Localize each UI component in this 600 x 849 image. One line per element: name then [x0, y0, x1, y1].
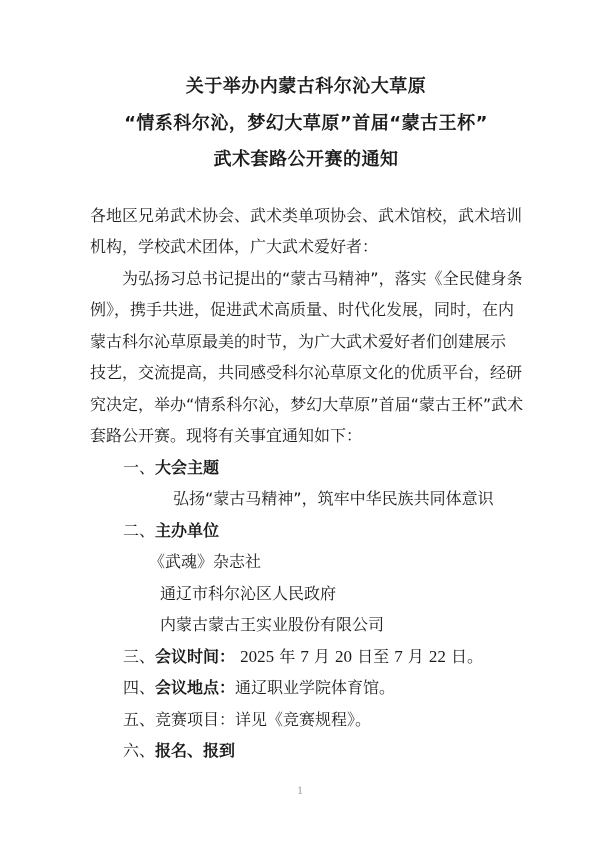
text-run: 蒙古科尔沁草原最美的时节，为广大武术爱好者们创建展示 [90, 332, 506, 351]
text-run: 《武魂》杂志社 [149, 552, 261, 571]
text-run: 日。 [446, 647, 483, 666]
body-line: 机构，学校武术团体，广大武术爱好者： [90, 231, 522, 263]
body-line: 《武魂》杂志社 [90, 546, 522, 578]
document-content: 关于举办内蒙古科尔沁大草原“情系科尔沁，梦幻大草原”首届“蒙古王杯”武术套路公开… [0, 0, 600, 767]
text-run: 弘扬“蒙古马精神”，筑牢中华民族共同体意识 [173, 489, 494, 508]
body-line: 二、主办单位 [90, 515, 522, 547]
text-run: 7 [300, 647, 309, 666]
text-run: 内蒙古蒙古王实业股份有限公司 [160, 615, 384, 634]
text-run: 三、 [123, 647, 155, 666]
text-run: 四、 [123, 678, 155, 697]
body-line: 各地区兄弟武术协会、武术类单项协会、武术馆校，武术培训 [90, 200, 522, 232]
text-run: 20 [335, 647, 352, 666]
text-run: 究决定，举办“情系科尔沁，梦幻大草原”首届“蒙古王杯”武术 [90, 395, 523, 414]
text-run: 技艺，交流提高，共同感受科尔沁草原文化的优质平台，经研 [90, 363, 522, 382]
body-line: 四、会议地点：通辽职业学院体育馆。 [90, 672, 522, 704]
text-run: 大会主题 [155, 458, 219, 477]
page-number: 1 [297, 783, 303, 797]
text-run: 月 [309, 647, 335, 666]
body-line: 究决定，举办“情系科尔沁，梦幻大草原”首届“蒙古王杯”武术 [90, 389, 522, 421]
text-run: 2025 [240, 647, 274, 666]
text-run: 22 [429, 647, 446, 666]
document-page: 关于举办内蒙古科尔沁大草原“情系科尔沁，梦幻大草原”首届“蒙古王杯”武术套路公开… [0, 0, 600, 849]
title-line: 关于举办内蒙古科尔沁大草原 [90, 69, 522, 106]
text-run: 五、竞赛项目：详见《竞赛规程》。 [123, 710, 371, 729]
body-line: 五、竞赛项目：详见《竞赛规程》。 [90, 704, 522, 736]
text-run: 年 [274, 647, 300, 666]
body-line: 技艺，交流提高，共同感受科尔沁草原文化的优质平台，经研 [90, 357, 522, 389]
text-run: 六、 [123, 741, 155, 760]
page-footer: 1 [0, 783, 600, 798]
document-body: 各地区兄弟武术协会、武术类单项协会、武术馆校，武术培训机构，学校武术团体，广大武… [90, 200, 522, 767]
text-run: 7 [394, 647, 403, 666]
text-run: 会议地点： [155, 678, 235, 697]
body-line: 例》，携手共进，促进武术高质量、时代化发展，同时，在内 [90, 294, 522, 326]
body-line: 通辽市科尔沁区人民政府 [90, 578, 522, 610]
body-line: 弘扬“蒙古马精神”，筑牢中华民族共同体意识 [90, 483, 522, 515]
title-line: “情系科尔沁，梦幻大草原”首届“蒙古王杯” [90, 106, 522, 143]
text-run: 例》，携手共进，促进武术高质量、时代化发展，同时，在内 [90, 300, 514, 319]
text-run: 一、 [123, 458, 155, 477]
body-line: 一、大会主题 [90, 452, 522, 484]
text-run: 机构，学校武术团体，广大武术爱好者： [90, 237, 378, 256]
body-line: 六、报名、报到 [90, 735, 522, 767]
text-run: 主办单位 [155, 521, 219, 540]
text-run: 为弘扬习总书记提出的“蒙古马精神”，落实《全民健身条 [122, 269, 523, 288]
body-line: 三、会议时间： 2025 年 7 月 20 日至 7 月 22 日。 [90, 641, 522, 673]
text-run: 各地区兄弟武术协会、武术类单项协会、武术馆校，武术培训 [90, 206, 522, 225]
text-run: 二、 [123, 521, 155, 540]
body-line: 为弘扬习总书记提出的“蒙古马精神”，落实《全民健身条 [90, 263, 522, 295]
body-line: 内蒙古蒙古王实业股份有限公司 [90, 609, 522, 641]
body-line: 套路公开赛。现将有关事宜通知如下： [90, 420, 522, 452]
text-run: 会议时间： [155, 647, 235, 666]
document-title: 关于举办内蒙古科尔沁大草原“情系科尔沁，梦幻大草原”首届“蒙古王杯”武术套路公开… [90, 69, 522, 179]
body-line: 蒙古科尔沁草原最美的时节，为广大武术爱好者们创建展示 [90, 326, 522, 358]
text-run: 通辽职业学院体育馆。 [235, 678, 395, 697]
text-run: 通辽市科尔沁区人民政府 [160, 584, 336, 603]
text-run: 套路公开赛。现将有关事宜通知如下： [90, 426, 362, 445]
text-run: 日至 [352, 647, 394, 666]
text-run: 月 [403, 647, 429, 666]
title-line: 武术套路公开赛的通知 [90, 142, 522, 179]
text-run: 报名、报到 [155, 741, 235, 760]
